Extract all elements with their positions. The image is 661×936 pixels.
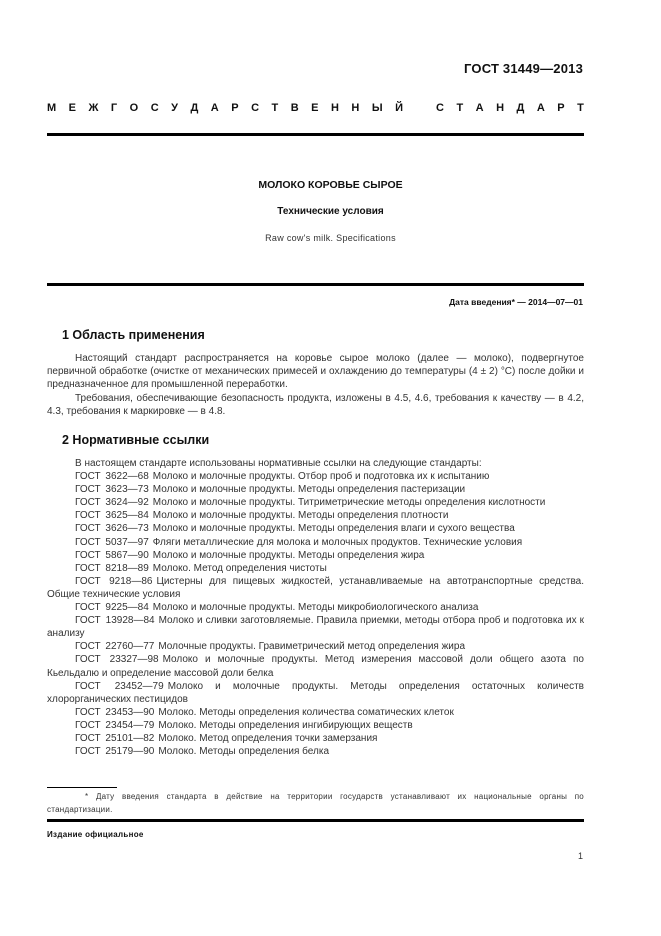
- reference-title: Молоко и молочные продукты. Титриметриче…: [153, 497, 546, 508]
- document-title: МОЛОКО КОРОВЬЕ СЫРОЕ: [0, 179, 661, 191]
- banner-letter: Ы: [372, 102, 383, 114]
- reference-item: ГОСТ 3626—73Молоко и молочные продукты. …: [47, 522, 584, 535]
- header-rule: [47, 133, 584, 136]
- reference-title: Молоко. Методы определения белка: [158, 746, 329, 757]
- reference-title: Молоко. Методы определения количества со…: [158, 707, 454, 718]
- reference-title: Молоко и молочные продукты. Методы микро…: [153, 602, 479, 613]
- banner-letter: Р: [557, 102, 564, 114]
- banner-letter: Н: [351, 102, 359, 114]
- reference-item: ГОСТ 3625—84Молоко и молочные продукты. …: [47, 509, 584, 522]
- section-2-heading: 2 Нормативные ссылки: [62, 433, 209, 447]
- footnote-rule: [47, 787, 117, 788]
- section-1-paragraph: Настоящий стандарт распространяется на к…: [47, 352, 584, 392]
- footnote-text: * Дату введения стандарта в действие на …: [47, 791, 584, 816]
- reference-code: ГОСТ 22760—77: [75, 641, 154, 652]
- official-edition-label: Издание официальное: [47, 830, 144, 839]
- banner-letter: Т: [456, 102, 463, 114]
- banner-letter: Н: [496, 102, 504, 114]
- section-1-body: Настоящий стандарт распространяется на к…: [47, 352, 584, 418]
- banner-letter: С: [436, 102, 444, 114]
- reference-item: ГОСТ 23453—90Молоко. Методы определения …: [47, 706, 584, 719]
- banner-letter: Е: [69, 102, 76, 114]
- reference-code: ГОСТ 3624—92: [75, 497, 149, 508]
- reference-code: ГОСТ 3623—73: [75, 484, 149, 495]
- reference-code: ГОСТ 9218—86: [75, 576, 152, 587]
- introduction-date: Дата введения* — 2014—07—01: [449, 297, 583, 307]
- reference-code: ГОСТ 3622—68: [75, 471, 149, 482]
- reference-code: ГОСТ 23454—79: [75, 720, 154, 731]
- reference-item: ГОСТ 5867—90Молоко и молочные продукты. …: [47, 549, 584, 562]
- document-title-english: Raw cow's milk. Specifications: [0, 233, 661, 243]
- reference-item: ГОСТ 23452—79Молоко и молочные продукты.…: [47, 680, 584, 706]
- banner-letter: Ж: [88, 102, 98, 114]
- reference-item: ГОСТ 8218—89Молоко. Метод определения чи…: [47, 562, 584, 575]
- reference-item: ГОСТ 9218—86Цистерны для пищевых жидкост…: [47, 575, 584, 601]
- reference-title: Молоко и молочные продукты. Методы опред…: [153, 510, 449, 521]
- reference-item: ГОСТ 3624—92Молоко и молочные продукты. …: [47, 496, 584, 509]
- banner-letter: Д: [517, 102, 525, 114]
- reference-item: ГОСТ 3623—73Молоко и молочные продукты. …: [47, 483, 584, 496]
- document-code: ГОСТ 31449—2013: [464, 61, 583, 76]
- reference-code: ГОСТ 5867—90: [75, 550, 149, 561]
- reference-item: ГОСТ 9225—84Молоко и молочные продукты. …: [47, 601, 584, 614]
- reference-item: ГОСТ 23454—79Молоко. Методы определения …: [47, 719, 584, 732]
- reference-title: Молочные продукты. Гравиметрический мето…: [158, 641, 465, 652]
- banner-letter: Т: [577, 102, 584, 114]
- reference-code: ГОСТ 8218—89: [75, 563, 149, 574]
- reference-code: ГОСТ 23452—79: [75, 681, 164, 692]
- reference-code: ГОСТ 23327—98: [75, 654, 159, 665]
- reference-title: Фляги металлические для молока и молочны…: [153, 537, 522, 548]
- reference-title: Молоко и молочные продукты. Отбор проб и…: [153, 471, 490, 482]
- title-rule: [47, 283, 584, 286]
- reference-code: ГОСТ 23453—90: [75, 707, 154, 718]
- reference-title: Молоко и молочные продукты. Методы опред…: [153, 484, 465, 495]
- reference-item: ГОСТ 25101—82Молоко. Метод определения т…: [47, 732, 584, 745]
- banner-letter: Е: [311, 102, 318, 114]
- banner-letter: Г: [111, 102, 117, 114]
- reference-item: ГОСТ 3622—68Молоко и молочные продукты. …: [47, 470, 584, 483]
- banner-letter: А: [211, 102, 219, 114]
- reference-item: ГОСТ 13928—84Молоко и сливки заготовляем…: [47, 614, 584, 640]
- reference-code: ГОСТ 3625—84: [75, 510, 149, 521]
- section-1-heading: 1 Область применения: [62, 328, 205, 342]
- banner-letter: [416, 102, 424, 114]
- banner-letter: Т: [272, 102, 279, 114]
- reference-title: Молоко. Методы определения ингибирующих …: [158, 720, 412, 731]
- banner-letter: С: [151, 102, 159, 114]
- banner-letter: О: [130, 102, 139, 114]
- banner-letter: С: [251, 102, 259, 114]
- references-intro: В настоящем стандарте использованы норма…: [75, 457, 584, 470]
- banner-letter: М: [47, 102, 56, 114]
- reference-item: ГОСТ 5037—97Фляги металлические для моло…: [47, 536, 584, 549]
- reference-item: ГОСТ 22760—77Молочные продукты. Гравимет…: [47, 640, 584, 653]
- banner-letter: Р: [231, 102, 238, 114]
- normative-references-list: В настоящем стандарте использованы норма…: [47, 457, 584, 758]
- interstate-standard-banner: МЕЖГОСУДАРСТВЕННЫЙ СТАНДАРТ: [47, 102, 584, 114]
- reference-code: ГОСТ 9225—84: [75, 602, 149, 613]
- footnote: * Дату введения стандарта в действие на …: [47, 791, 584, 816]
- banner-letter: Н: [331, 102, 339, 114]
- reference-code: ГОСТ 25179—90: [75, 746, 154, 757]
- reference-title: Молоко. Метод определения точки замерзан…: [158, 733, 377, 744]
- reference-title: Молоко и молочные продукты. Методы опред…: [153, 523, 515, 534]
- footer-rule: [47, 819, 584, 822]
- reference-item: ГОСТ 23327—98Молоко и молочные продукты.…: [47, 653, 584, 679]
- reference-title: Молоко и молочные продукты. Методы опред…: [153, 550, 425, 561]
- reference-title: Молоко. Метод определения чистоты: [153, 563, 327, 574]
- document-subtitle: Технические условия: [0, 206, 661, 217]
- banner-letter: Д: [190, 102, 198, 114]
- reference-code: ГОСТ 5037—97: [75, 537, 149, 548]
- reference-item: ГОСТ 25179—90Молоко. Методы определения …: [47, 745, 584, 758]
- banner-letter: Й: [395, 102, 403, 114]
- reference-code: ГОСТ 3626—73: [75, 523, 149, 534]
- reference-code: ГОСТ 25101—82: [75, 733, 154, 744]
- page-number: 1: [578, 851, 583, 861]
- reference-code: ГОСТ 13928—84: [75, 615, 155, 626]
- banner-letter: В: [291, 102, 299, 114]
- banner-letter: А: [537, 102, 545, 114]
- banner-letter: У: [171, 102, 178, 114]
- section-1-paragraph: Требования, обеспечивающие безопасность …: [47, 392, 584, 418]
- banner-letter: А: [476, 102, 484, 114]
